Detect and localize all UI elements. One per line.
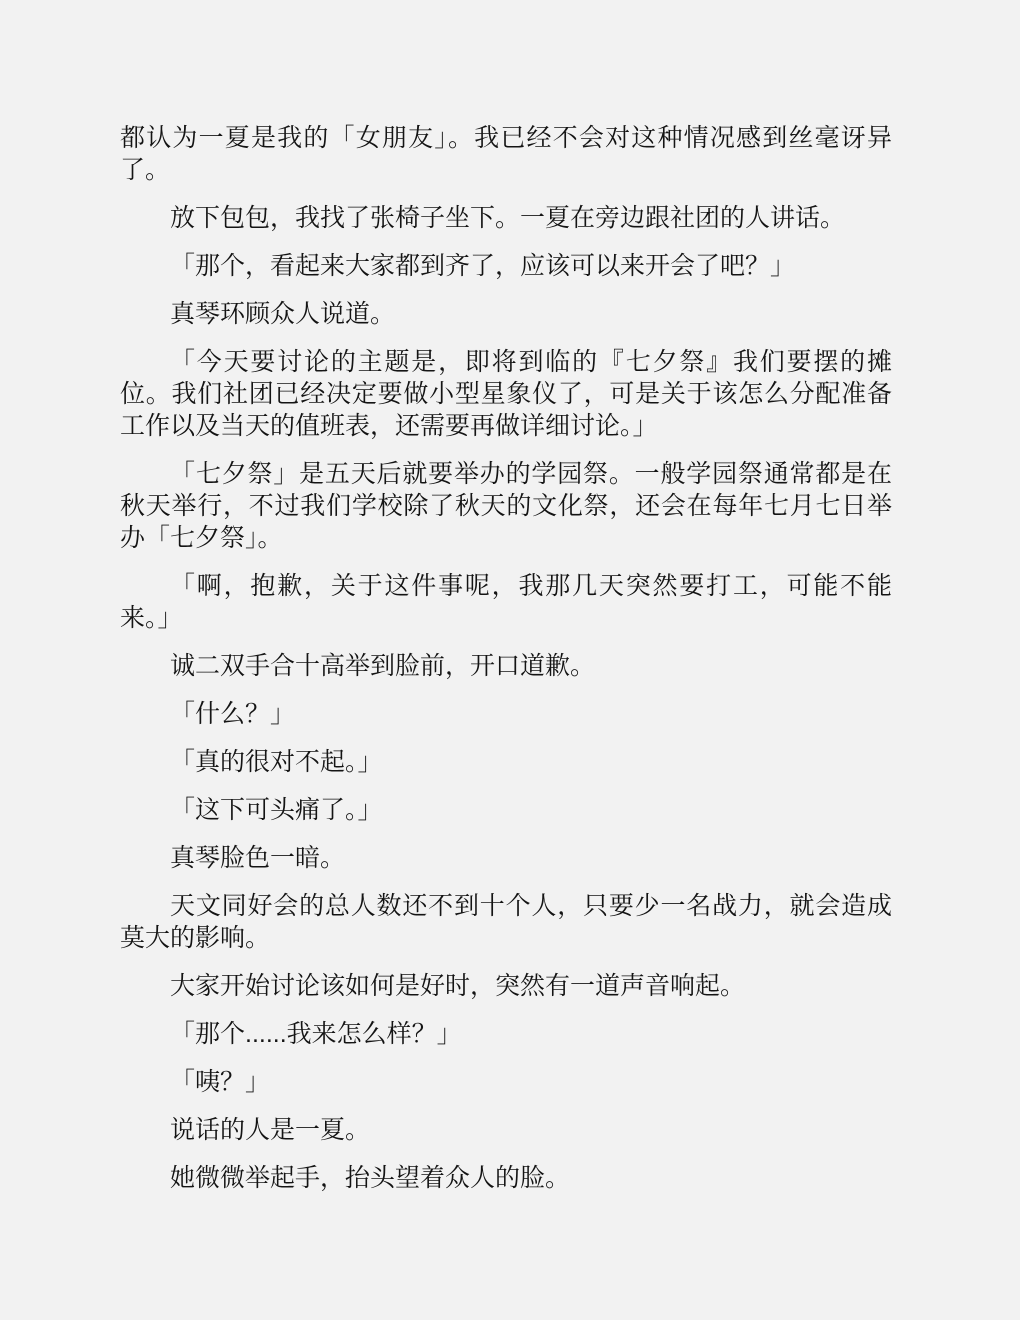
paragraph: 她微微举起手，抬头望着众人的脸。	[120, 1162, 892, 1194]
paragraph: 真琴环顾众人说道。	[120, 298, 892, 330]
paragraph: 「咦？」	[120, 1066, 892, 1098]
paragraph: 诚二双手合十高举到脸前，开口道歉。	[120, 650, 892, 682]
paragraph: 「那个......我来怎么样？」	[120, 1018, 892, 1050]
paragraph: 「啊，抱歉，关于这件事呢，我那几天突然要打工，可能不能来。」	[120, 570, 892, 634]
paragraph: 「什么？」	[120, 698, 892, 730]
paragraph: 「真的很对不起。」	[120, 746, 892, 778]
ebook-page: 都认为一夏是我的「女朋友」。我已经不会对这种情况感到丝毫讶异了。 放下包包，我找…	[0, 0, 1020, 1320]
paragraph: 大家开始讨论该如何是好时，突然有一道声音响起。	[120, 970, 892, 1002]
paragraph: 「这下可头痛了。」	[120, 794, 892, 826]
paragraph: 「那个，看起来大家都到齐了，应该可以来开会了吧？」	[120, 250, 892, 282]
novel-text-content: 都认为一夏是我的「女朋友」。我已经不会对这种情况感到丝毫讶异了。 放下包包，我找…	[0, 0, 1020, 1194]
paragraph: 天文同好会的总人数还不到十个人，只要少一名战力，就会造成莫大的影响。	[120, 890, 892, 954]
paragraph: 真琴脸色一暗。	[120, 842, 892, 874]
paragraph: 放下包包，我找了张椅子坐下。一夏在旁边跟社团的人讲话。	[120, 202, 892, 234]
paragraph: 「今天要讨论的主题是，即将到临的『七夕祭』我们要摆的摊位。我们社团已经决定要做小…	[120, 346, 892, 442]
paragraph: 说话的人是一夏。	[120, 1114, 892, 1146]
paragraph: 「七夕祭」是五天后就要举办的学园祭。一般学园祭通常都是在秋天举行，不过我们学校除…	[120, 458, 892, 554]
paragraph: 都认为一夏是我的「女朋友」。我已经不会对这种情况感到丝毫讶异了。	[120, 122, 892, 186]
